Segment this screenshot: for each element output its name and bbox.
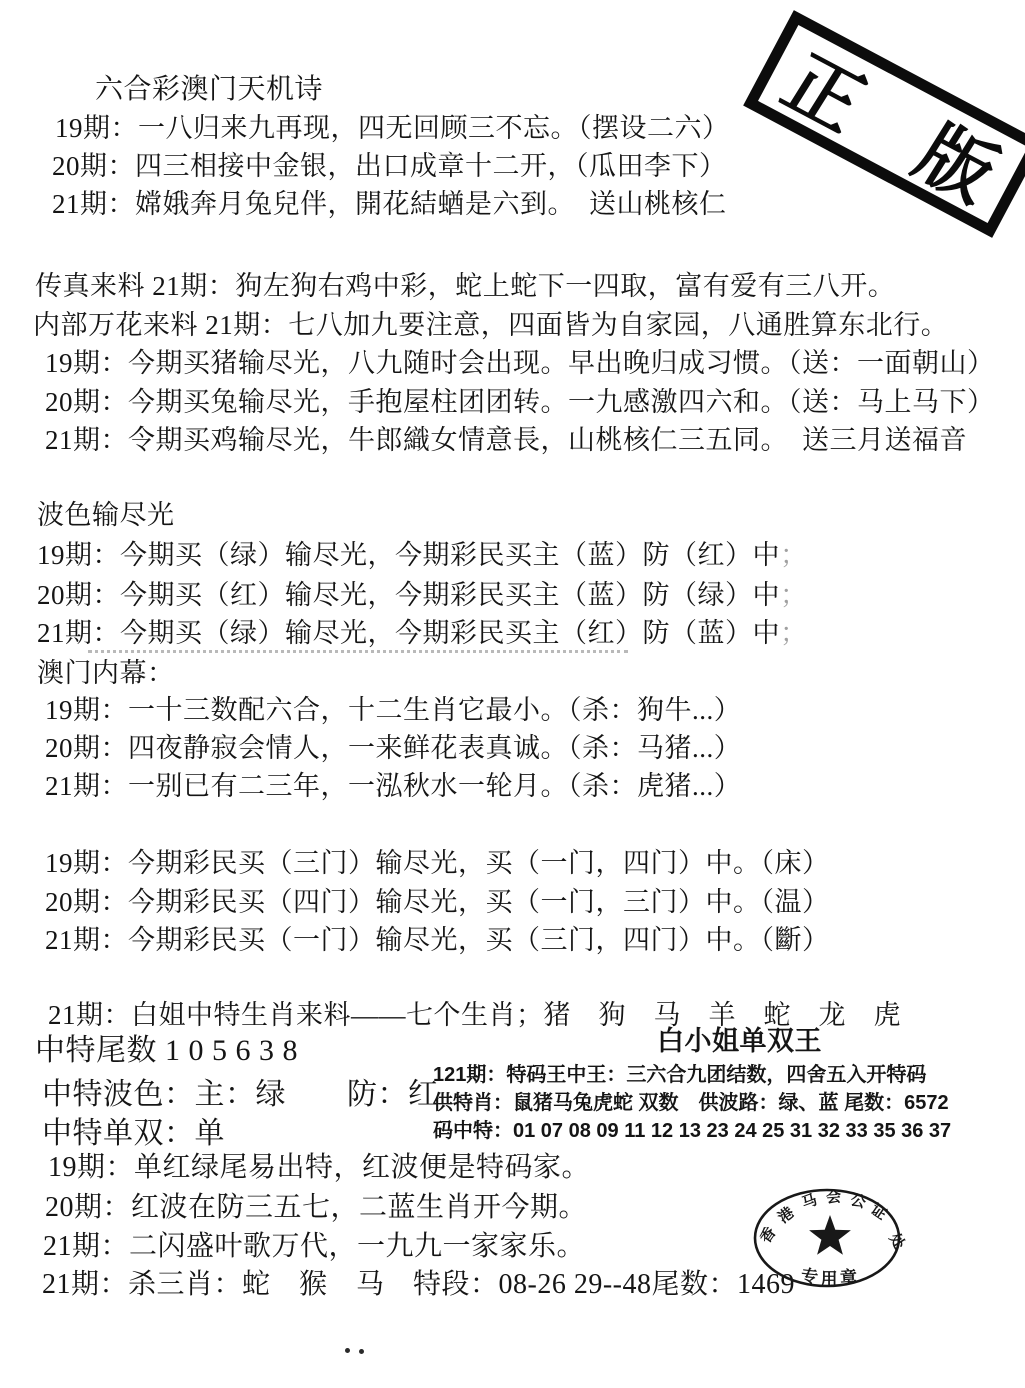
poem-line: 19期：一八归来九再现，四无回顾三不忘。（摆设二六） [55,113,730,144]
fax-line: 传真来料 21期：狗左狗右鸡中彩，蛇上蛇下一四取，富有爱有三八开。 [35,271,895,302]
wave-line: 19期：今期买（绿）输尽光，今期彩民买主（蓝）防（红）中； [37,540,808,571]
stamp-arc-char: 港 [775,1204,797,1227]
special-oddeven-line: 中特单双：单 [42,1117,225,1152]
stamp-arc-char: 处 [886,1231,908,1253]
genuine-stamp-char: 版 [898,97,1020,222]
bottom-line: 20期：红波在防三五七，二蓝生肖开今期。 [45,1192,587,1224]
door-line: 21期：今期彩民买（一门）输尽光，买（三门，四门）中。（斷） [45,925,830,956]
poem-line: 20期：四三相接中金银，出口成章十二开，（瓜田李下） [52,151,727,182]
ink-speck [359,1349,364,1354]
macau-line: 20期：四夜静寂会情人，一来鲜花表真诚。（杀：马猪...） [45,733,741,764]
fax-line: 19期：今期买猪输尽光，八九随时会出现。早出晚归成习惯。（送：一面朝山） [45,348,995,379]
cutoff-fragment: ； [780,580,808,610]
star-icon [809,1215,851,1255]
fax-line: 20期：今期买兔输尽光，手抱屋柱团团转。一九感激四六和。（送：马上马下） [45,387,995,418]
genuine-stamp-char: 正 [766,26,888,151]
genuine-stamp: 正 版 [743,10,1025,238]
cutoff-fragment: ； [780,618,808,648]
stamp-arc-char: 证 [868,1200,891,1223]
special-tail-line: 中特尾数 1 0 5 6 3 8 [35,1034,298,1069]
poem-line: 21期：嫦娥奔月兔兒伴，開花結蝤是六到。 送山桃核仁 [52,189,727,220]
wave-heading: 波色输尽光 [37,500,175,531]
stamp-bottom-char: 章 [839,1266,857,1287]
door-line: 20期：今期彩民买（四门）输尽光，买（一门，三门）中。（温） [45,887,830,918]
notary-stamp: 香 港 马 会 公 证 处 专 用 章 [745,1180,915,1300]
bottom-line: 21期：二闪盛叶歌万代，一九九一家家乐。 [43,1231,585,1263]
special-wave-line: 中特波色：主：绿 防：红 [42,1078,439,1113]
wave-line: 21期：今期买（绿）输尽光，今期彩民买主（红）防（蓝）中； [37,618,808,649]
stamp-bottom-char: 专 [800,1265,819,1287]
fax-line: 21期：令期买鸡输尽光，牛郎織女情意長，山桃核仁三五同。 送三月送福音 [45,425,967,456]
stamp-bottom-char: 用 [821,1270,838,1289]
cutoff-fragment: ； [780,540,808,570]
print-smudge [88,650,628,653]
bottom-line: 19期：单红绿尾易出特，红波便是特码家。 [48,1152,590,1184]
right-box-line: 码中特：01 07 08 09 11 12 13 23 24 25 31 32 … [433,1120,951,1143]
stamp-arc-char: 会 [826,1188,842,1207]
right-box-line: 121期：特码王中王：三六合九团结数，四舍五入开特码 [433,1064,926,1087]
door-line: 19期：今期彩民买（三门）输尽光，买（一门，四门）中。（床） [45,848,830,879]
macau-line: 21期：一别已有二三年，一泓秋水一轮月。（杀：虎猪...） [45,771,741,802]
fax-line: 内部万花来料 21期：七八加九要注意，四面皆为自家园，八通胜算东北行。 [33,310,948,341]
macau-heading: 澳门内幕： [37,658,175,689]
bottom-line: 21期：杀三肖：蛇 猴 马 特段：08-26 29--48尾数：1469 [42,1269,795,1301]
stamp-arc-char: 公 [849,1192,869,1212]
page-title: 六合彩澳门天机诗 [95,74,323,106]
right-box-line: 供特肖：鼠猪马兔虎蛇 双数 供波路：绿、蓝 尾数：6572 [433,1092,949,1115]
wave-line: 20期：今期买（红）输尽光，今期彩民买主（蓝）防（绿）中； [37,580,808,611]
right-box-title: 白小姐单双王 [657,1026,822,1057]
macau-line: 19期：一十三数配六合，十二生肖它最小。（杀：狗牛...） [45,695,741,726]
ink-speck [345,1348,350,1353]
scanned-lottery-sheet: 六合彩澳门天机诗 19期：一八归来九再现，四无回顾三不忘。（摆设二六） 20期：… [0,0,1025,1388]
stamp-arc-char: 香 [756,1224,779,1247]
